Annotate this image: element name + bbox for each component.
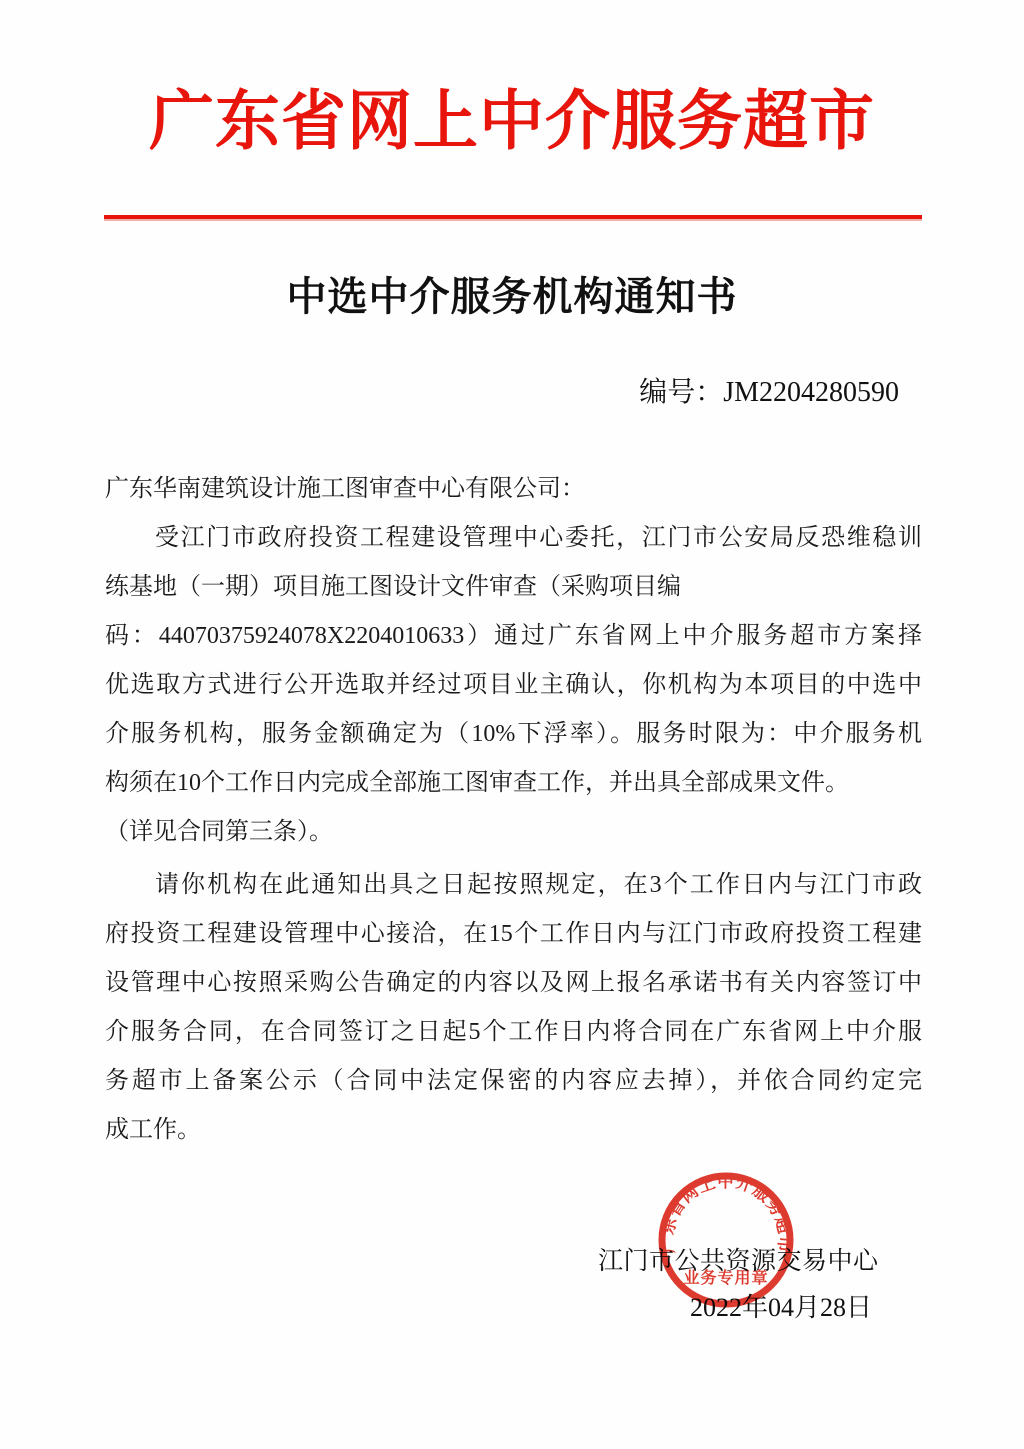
body-line: 请你机构在此通知出具之日起按照规定，在3个工作日内与江门市政 xyxy=(105,861,922,910)
seal-arc-text: 广东省网上中介服务超市 xyxy=(657,1171,796,1255)
official-seal-stamp: 广东省网上中介服务超市 业务专用章 xyxy=(650,1164,802,1316)
body-line: 优选取方式进行公开选取并经过项目业主确认，你机构为本项目的中选中 xyxy=(105,661,922,710)
paragraph-1: 受江门市政府投资工程建设管理中心委托，江门市公安局反恐维稳训 练基地（一期）项目… xyxy=(105,514,922,857)
body-line: （详见合同第三条）。 xyxy=(105,808,922,857)
document-page: 广东省网上中介服务超市 中选中介服务机构通知书 编号：JM2204280590 … xyxy=(0,0,1024,1449)
header-divider-shadow xyxy=(104,219,922,221)
body-line: 成工作。 xyxy=(105,1106,922,1155)
addressee-line: 广东华南建筑设计施工图审查中心有限公司： xyxy=(105,465,922,514)
seal-center-text: 业务专用章 xyxy=(683,1268,768,1287)
body-line: 介服务合同，在合同签订之日起5个工作日内将合同在广东省网上中介服 xyxy=(105,1008,922,1057)
body-line: 构须在10个工作日内完成全部施工图审查工作，并出具全部成果文件。 xyxy=(105,759,922,808)
doc-number: 编号：JM2204280590 xyxy=(639,376,899,410)
doc-number-value: JM2204280590 xyxy=(723,377,899,408)
doc-number-label: 编号： xyxy=(639,377,723,408)
body-line: 府投资工程建设管理中心接洽，在15个工作日内与江门市政府投资工程建 xyxy=(105,910,922,959)
paragraph-2: 请你机构在此通知出具之日起按照规定，在3个工作日内与江门市政 府投资工程建设管理… xyxy=(105,861,922,1155)
body-line: 介服务机构，服务金额确定为（10%下浮率）。服务时限为：中介服务机 xyxy=(105,710,922,759)
body-line: 设管理中心按照采购公告确定的内容以及网上报名承诺书有关内容签订中 xyxy=(105,959,922,1008)
site-header-title: 广东省网上中介服务超市 xyxy=(0,88,1024,156)
body-line: 务超市上备案公示（合同中法定保密的内容应去掉），并依合同约定完 xyxy=(105,1057,922,1106)
notice-body: 广东华南建筑设计施工图审查中心有限公司： 受江门市政府投资工程建设管理中心委托，… xyxy=(105,465,922,1155)
body-line: 受江门市政府投资工程建设管理中心委托，江门市公安局反恐维稳训 xyxy=(105,514,922,563)
svg-text:广东省网上中介服务超市: 广东省网上中介服务超市 xyxy=(657,1171,796,1255)
body-line: 练基地（一期）项目施工图设计文件审查（采购项目编 xyxy=(105,563,922,612)
notice-title: 中选中介服务机构通知书 xyxy=(0,271,1024,323)
body-line: 码：44070375924078X2204010633）通过广东省网上中介服务超… xyxy=(105,612,922,661)
